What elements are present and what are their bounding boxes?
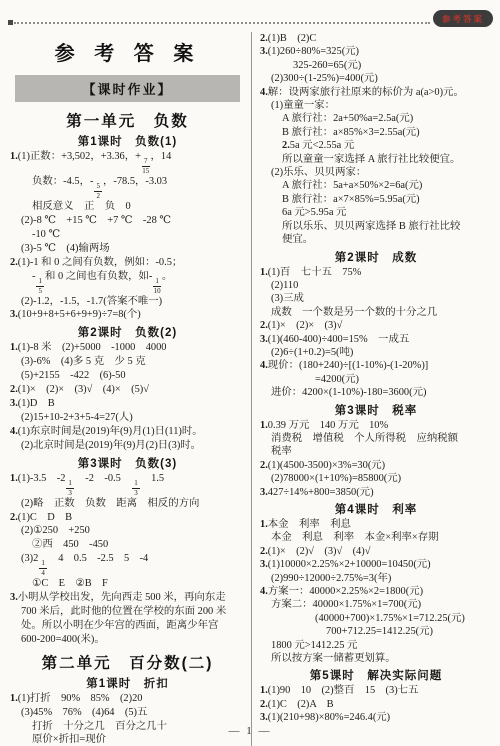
lesson-heading: 第5课时 解决实际问题	[260, 667, 492, 683]
answer-line: 3.(1)260÷80%=325(元)	[260, 45, 492, 58]
corner-tab-label: 参考答案	[442, 13, 484, 25]
answer-line: (2)110	[260, 279, 492, 292]
lesson-heading: 第2课时 成数	[260, 249, 492, 265]
answer-line: 便宜。	[260, 233, 492, 246]
answer-line: (2)15+10-2+3+5-4=27(人)	[10, 411, 245, 425]
fraction: 715	[142, 158, 150, 175]
answer-line: 负数：-4.5，-52，-78.5，-3.03	[10, 175, 245, 200]
fraction: 13	[66, 480, 74, 497]
unit-heading: 第二单元 百分数(二)	[10, 651, 245, 673]
answer-line: (2)乐乐、贝贝两家：	[260, 166, 492, 179]
homework-section-box: 【课时作业】	[15, 75, 241, 102]
unit-heading: 第一单元 负数	[10, 109, 245, 131]
answer-line: 消费税 增值税 个人所得税 应纳税额	[260, 432, 492, 445]
answer-line: 2.(1)-1 和 0 之间有负数，例如：-0.5；	[10, 256, 245, 270]
answer-line: 2.(1)C (2)A B	[260, 698, 492, 711]
answer-line: 4.(1)东京时间是(2019)年(9)月(1)日(11)时。	[10, 425, 245, 439]
answer-line: 所以童童一家选择 A 旅行社比较便宜。	[260, 153, 492, 166]
answer-line: 所以按方案一储蓄更划算。	[260, 652, 492, 665]
answer-line: (2)略 正数 负数 距离 相反的方向	[10, 497, 245, 511]
answer-line: B 旅行社：a×85%×3=2.55a(元)	[260, 126, 492, 139]
answer-line: B 旅行社：a×7×85%=5.95a(元)	[260, 193, 492, 206]
left-answer-blocks: 第一单元 负数第1课时 负数(1)1.(1)正数：+3,502，+3.36，+7…	[10, 109, 245, 746]
answer-line: 4.方案一：40000×2.25%×2=1800(元)	[260, 585, 492, 598]
answer-line: (2)990÷12000÷2.75%=3(年)	[260, 572, 492, 585]
lesson-heading: 第2课时 负数(2)	[10, 324, 245, 340]
answer-line: 本金 利息 利率 本金×利率×存期	[260, 531, 492, 544]
answer-line: (5)+2155 -422 (6)-50	[10, 369, 245, 383]
answer-line: 2.(1)C D B	[10, 511, 245, 525]
rule-start-square	[8, 20, 13, 25]
answer-line: 325-260=65(元)	[260, 59, 492, 72]
lesson-heading: 第4课时 利率	[260, 501, 492, 517]
lesson-heading: 第3课时 税率	[260, 402, 492, 418]
answer-line: (3)-5 ℃ (4)输两场	[10, 242, 245, 256]
homework-box-label: 【课时作业】	[82, 82, 172, 97]
fraction: 14	[39, 560, 47, 577]
answer-line: 成数 一个数是另一个数的十分之几	[260, 306, 492, 319]
answer-line: 1.(1)-3.5 -213 -2 -0.5 13 1.5	[10, 472, 245, 497]
answer-line: 2.(1)× (2)√ (3)√ (4)√	[260, 545, 492, 558]
lesson-heading: 第1课时 折扣	[10, 675, 245, 691]
answer-line: 4.现价：(180+240)÷[(1-10%)-(1-20%)]	[260, 359, 492, 372]
answer-line: 3.(10+9+8+5+6+9+9)÷7=8(个)	[10, 308, 245, 322]
answer-line: A 旅行社：2a+50%a=2.5a(元)	[260, 112, 492, 125]
answer-line: (3)45% 76% (4)64 (5)五	[10, 706, 245, 720]
right-column: 2.(1)B (2)C3.(1)260÷80%=325(元)325-260=65…	[252, 32, 492, 746]
answer-line: 进价：4200×(1-10%)-180=3600(元)	[260, 386, 492, 399]
answer-line: 3.427÷14%+800=3850(元)	[260, 486, 492, 499]
content-columns: 参 考 答 案 【课时作业】 第一单元 负数第1课时 负数(1)1.(1)正数：…	[10, 32, 492, 746]
fraction: 52	[94, 183, 102, 200]
fraction: 110	[153, 278, 161, 295]
answer-line: (2)-1.2，-1.5，-1.7(答案不唯一)	[10, 295, 245, 309]
answer-line: 3.(1)10000×2.25%×2+10000=10450(元)	[260, 558, 492, 571]
lesson-heading: 第1课时 负数(1)	[10, 133, 245, 149]
answer-line: (2)北京时间是(2019)年(9)月(2)日(3)时。	[10, 439, 245, 453]
answer-line: 相反意义 正 负 0	[10, 200, 245, 214]
answer-line: 1.(1)打折 90% 85% (2)20	[10, 692, 245, 706]
answer-line: (2)-8 ℃ +15 ℃ +7 ℃ -28 ℃	[10, 214, 245, 228]
answer-line: 600-200=400(米)。	[10, 633, 245, 647]
right-answer-blocks: 2.(1)B (2)C3.(1)260÷80%=325(元)325-260=65…	[260, 32, 492, 725]
corner-tab: 参考答案	[433, 10, 493, 27]
answer-line: 方案二：40000×1.75%×1=700(元)	[260, 598, 492, 611]
answer-line: (2)6÷(1+0.2)=5(吨)	[260, 346, 492, 359]
answer-line: 1800 元>1412.25 元	[260, 639, 492, 652]
answer-line: 1.0.39 万元 140 万元 10%	[260, 419, 492, 432]
answer-line: (3)214 4 0.5 -2.5 5 -4	[10, 552, 245, 577]
answer-line: 2.(1)× (2)× (3)√	[260, 319, 492, 332]
answer-line: 1.(1)正数：+3,502，+3.36，+715，14	[10, 150, 245, 175]
dotted-rule	[14, 22, 430, 24]
fraction: 13	[132, 480, 140, 497]
answer-line: (1)童童一家：	[260, 99, 492, 112]
page-title: 参 考 答 案	[10, 37, 245, 66]
answer-line: 所以乐乐、贝贝两家选择 B 旅行社比较	[260, 220, 492, 233]
answer-line: (2)78000×(1+10%)=85800(元)	[260, 472, 492, 485]
answer-line: =4200(元)	[260, 373, 492, 386]
answer-line: 2.(1)B (2)C	[260, 32, 492, 45]
answer-line: ①C E ②B F	[10, 577, 245, 591]
answer-line: 3.小明从学校出发，先向西走 500 米，再向东走	[10, 591, 245, 605]
answer-line: -15和 0 之间也有负数，如-110。	[10, 270, 245, 295]
page-number: — 1 —	[0, 725, 500, 737]
fraction: 15	[36, 278, 44, 295]
lesson-heading: 第3课时 负数(3)	[10, 455, 245, 471]
answer-line: 2.(1)(4500-3500)×3%=30(元)	[260, 459, 492, 472]
answer-line: (2)300÷(1-25%)=400(元)	[260, 72, 492, 85]
answer-line: 税率	[260, 445, 492, 458]
left-column: 参 考 答 案 【课时作业】 第一单元 负数第1课时 负数(1)1.(1)正数：…	[10, 32, 251, 746]
answer-line: 1.(1)90 10 (2)整百 15 (3)七五	[260, 684, 492, 697]
answer-line: -10 ℃	[10, 228, 245, 242]
answer-line: 1.(1)-8 米 (2)+5000 -1000 4000	[10, 341, 245, 355]
answer-line: 处。所以小明在少年宫的西面，距离少年宫	[10, 619, 245, 633]
answer-line: 2.5a 元<2.55a 元	[260, 139, 492, 152]
answer-line: (2)①250 +250	[10, 524, 245, 538]
answer-line: 1.(1)百 七十五 75%	[260, 266, 492, 279]
answer-line: (40000+700)×1.75%×1=712.25(元)	[260, 612, 492, 625]
answer-line: (3)三成	[260, 292, 492, 305]
answer-line: ②西 450 -450	[10, 538, 245, 552]
answer-line: 2.(1)× (2)× (3)√ (4)× (5)√	[10, 383, 245, 397]
answer-line: 6a 元>5.95a 元	[260, 206, 492, 219]
answer-line: 4.解：设两家旅行社原来的标价为 a(a>0)元。	[260, 86, 492, 99]
answer-line: 3.(1)(210+98)×80%=246.4(元)	[260, 711, 492, 724]
answer-line: 3.(1)D B	[10, 397, 245, 411]
answer-line: 3.(1)(460-400)÷400=15% 一成五	[260, 333, 492, 346]
answer-line: (3)-6% (4)多 5 克 少 5 克	[10, 355, 245, 369]
answer-line: 700+712.25=1412.25(元)	[260, 625, 492, 638]
answer-line: A 旅行社：5a+a×50%×2=6a(元)	[260, 179, 492, 192]
answer-line: 700 米后，此时他的位置在学校的东面 200 米	[10, 605, 245, 619]
answer-key-page: { "colors": { "page_bg": "#fbfaf6", "tex…	[0, 0, 500, 746]
answer-line: 1.本金 利率 利息	[260, 518, 492, 531]
